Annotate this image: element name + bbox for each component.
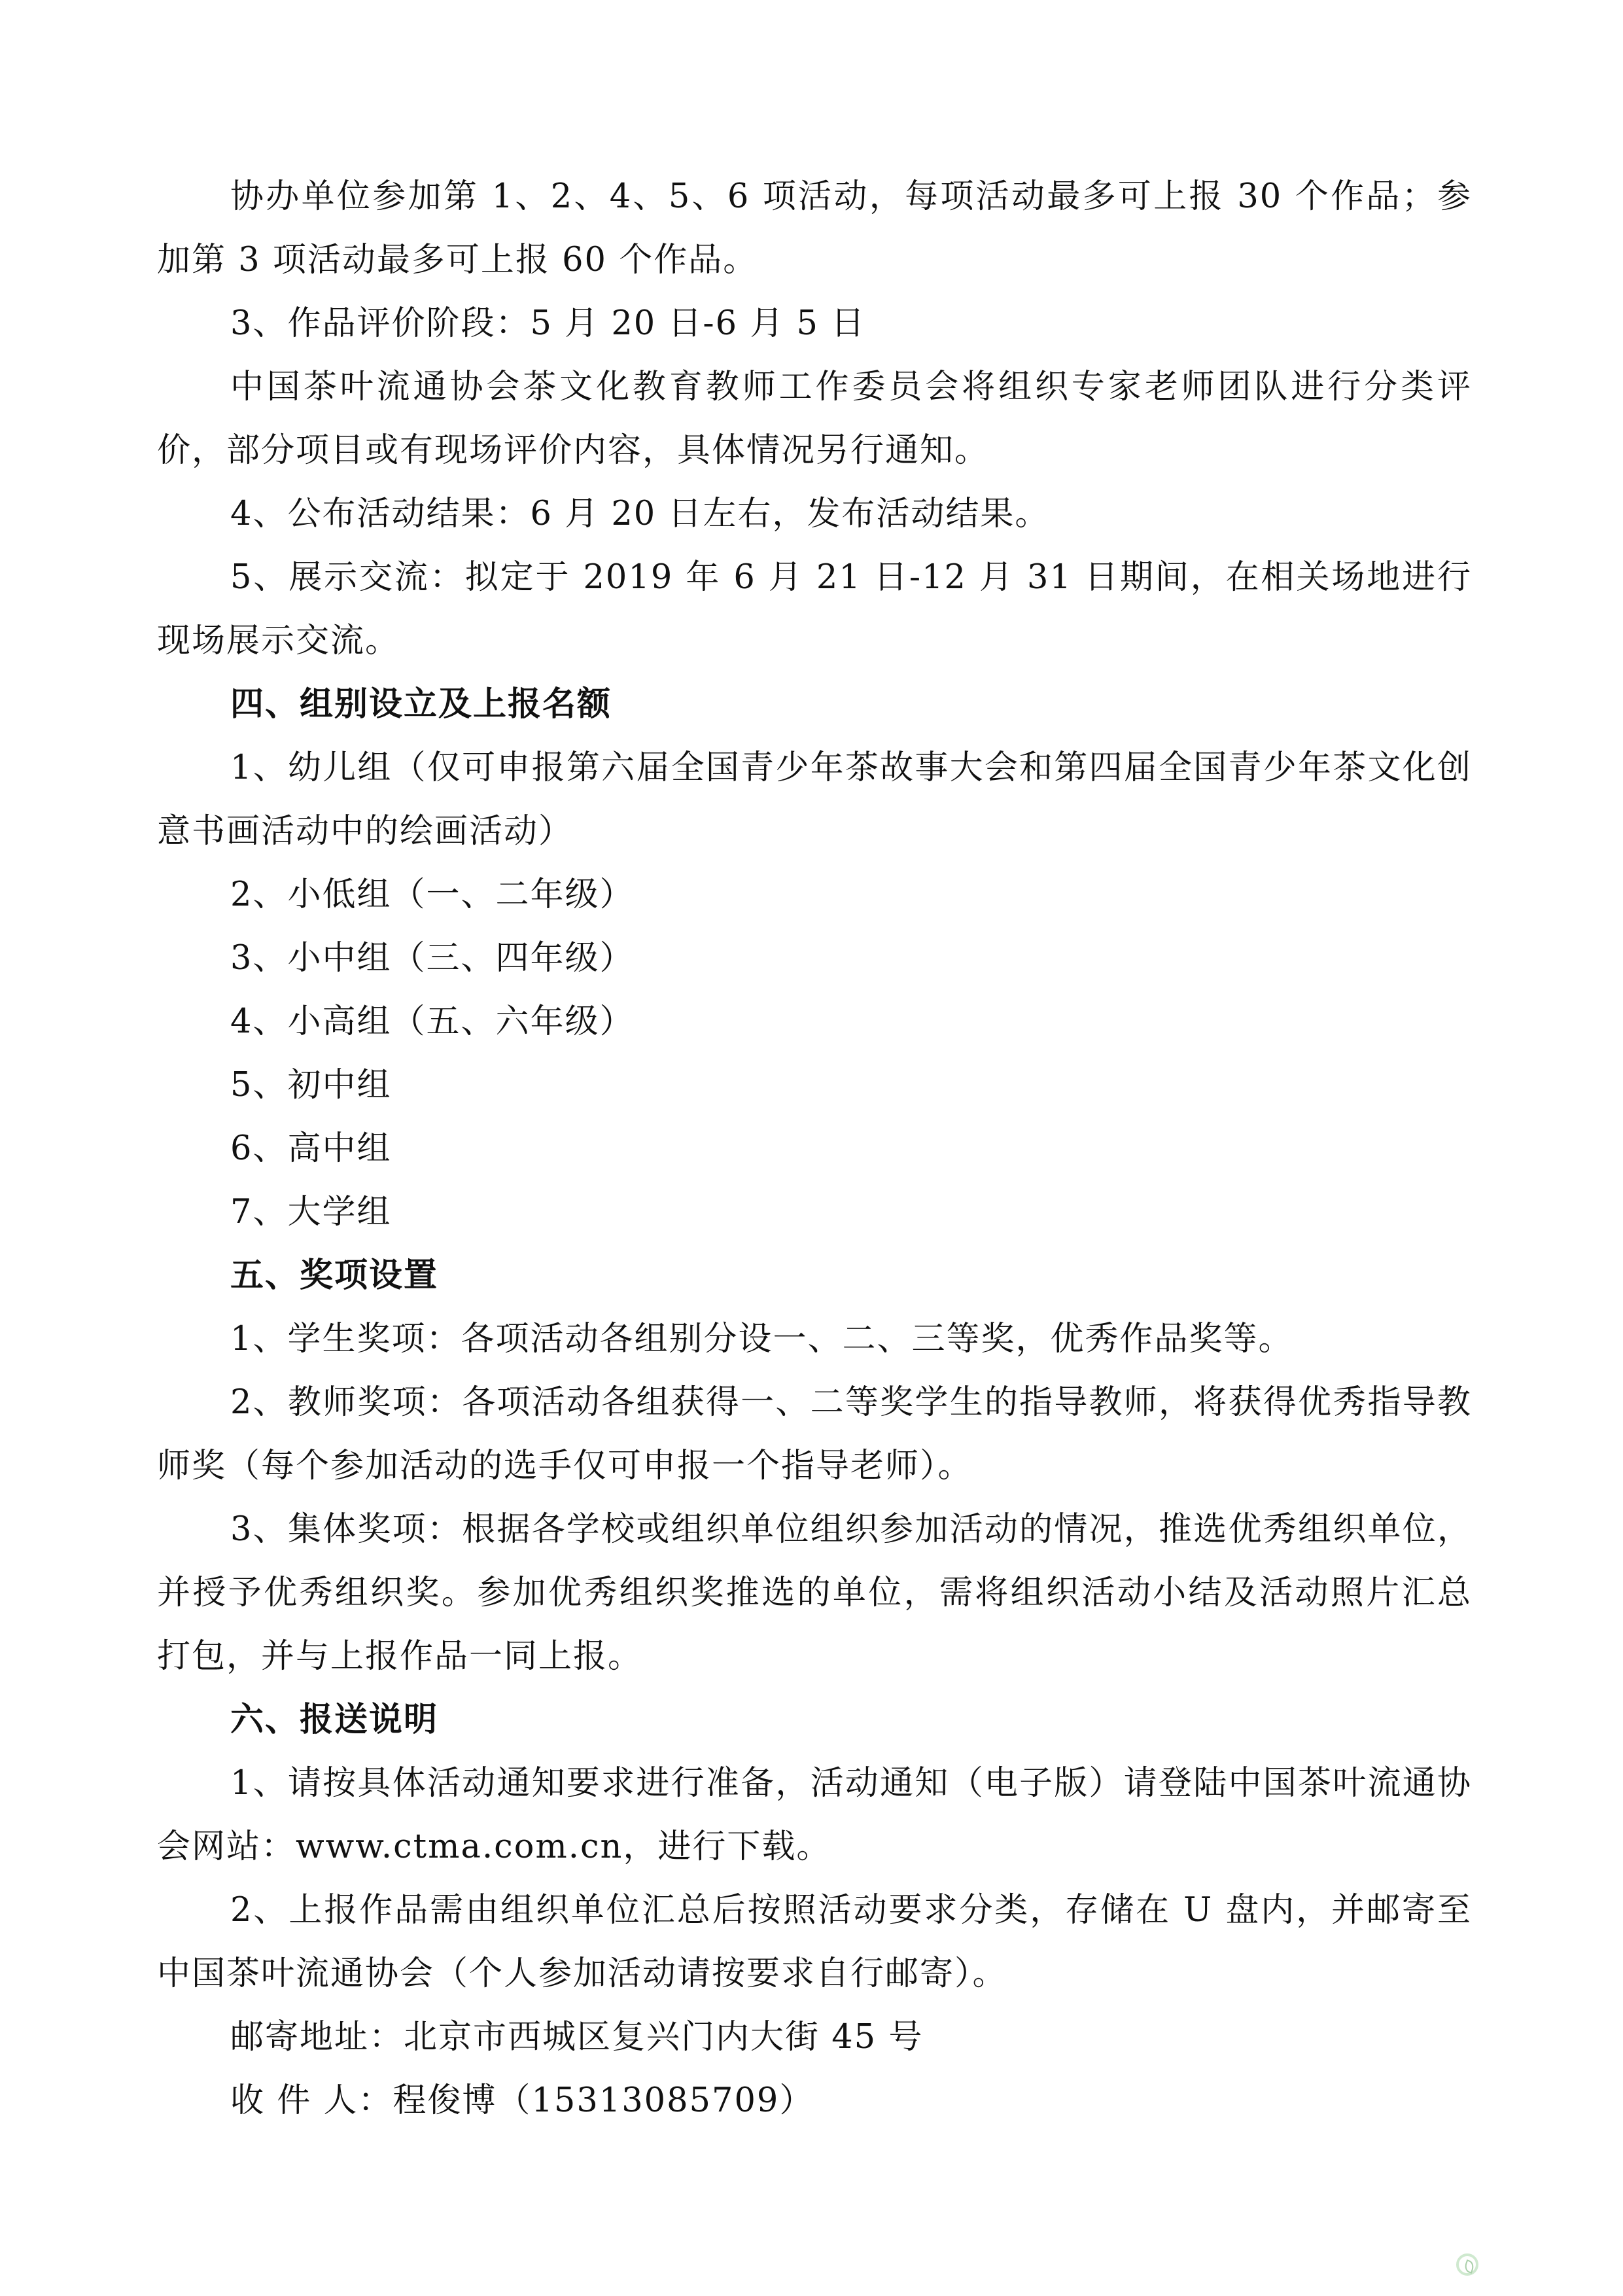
award-item: 3、集体奖项：根据各学校或组织单位组织参加活动的情况，推选优秀组织单位，并授予优… <box>157 1498 1472 1688</box>
intro-paragraph: 协办单位参加第 1、2、4、5、6 项活动，每项活动最多可上报 30 个作品；参… <box>157 165 1472 292</box>
section-heading-groups: 四、组别设立及上报名额 <box>157 673 1472 736</box>
group-item: 6、高中组 <box>157 1117 1472 1180</box>
recipient: 收 件 人：程俊博（15313085709） <box>157 2069 1472 2132</box>
group-item: 3、小中组（三、四年级） <box>157 927 1472 990</box>
leaf-logo-icon <box>1456 2253 1478 2276</box>
submission-item: 2、上报作品需由组织单位汇总后按照活动要求分类，存储在 U 盘内，并邮寄至中国茶… <box>157 1879 1472 2005</box>
group-item: 4、小高组（五、六年级） <box>157 990 1472 1053</box>
schedule-item-exhibition: 5、展示交流：拟定于 2019 年 6 月 21 日-12 月 31 日期间，在… <box>157 546 1472 673</box>
section-heading-submission: 六、报送说明 <box>157 1688 1472 1752</box>
mailing-address: 邮寄地址：北京市西城区复兴门内大街 45 号 <box>157 2005 1472 2069</box>
document-page: 协办单位参加第 1、2、4、5、6 项活动，每项活动最多可上报 30 个作品；参… <box>157 165 1472 2132</box>
group-item: 5、初中组 <box>157 1053 1472 1117</box>
group-item: 7、大学组 <box>157 1180 1472 1244</box>
schedule-item-evaluation-detail: 中国茶叶流通协会茶文化教育教师工作委员会将组织专家老师团队进行分类评价，部分项目… <box>157 355 1472 482</box>
schedule-item-results: 4、公布活动结果：6 月 20 日左右，发布活动结果。 <box>157 482 1472 546</box>
schedule-item-evaluation: 3、作品评价阶段：5 月 20 日-6 月 5 日 <box>157 292 1472 355</box>
award-item: 1、学生奖项：各项活动各组别分设一、二、三等奖，优秀作品奖等。 <box>157 1307 1472 1371</box>
group-item: 2、小低组（一、二年级） <box>157 863 1472 927</box>
submission-item: 1、请按具体活动通知要求进行准备，活动通知（电子版）请登陆中国茶叶流通协会网站：… <box>157 1752 1472 1879</box>
section-heading-awards: 五、奖项设置 <box>157 1244 1472 1307</box>
award-item: 2、教师奖项：各项活动各组获得一、二等奖学生的指导教师，将获得优秀指导教师奖（每… <box>157 1371 1472 1498</box>
group-item: 1、幼儿组（仅可申报第六届全国青少年茶故事大会和第四届全国青少年茶文化创意书画活… <box>157 736 1472 863</box>
